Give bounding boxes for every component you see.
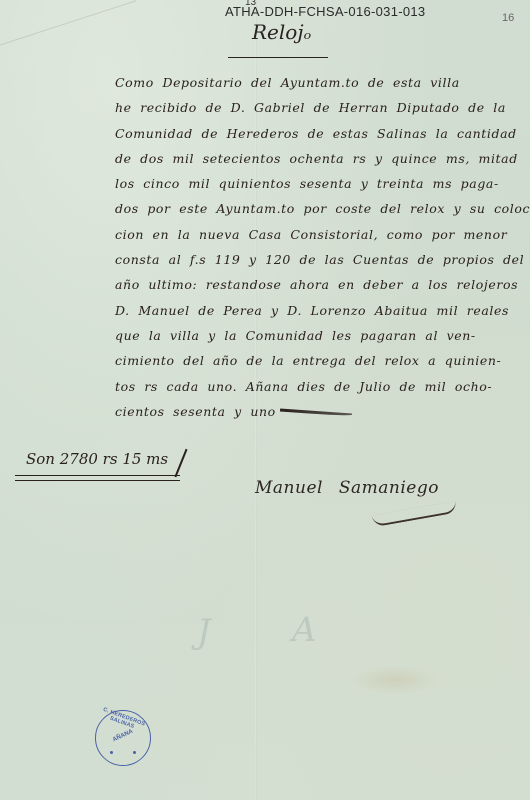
manuscript-line-final: cientos sesenta y uno (115, 399, 515, 424)
ink-flourish (280, 408, 352, 416)
manuscript-line: he recibido de D. Gabriel de Herran Dipu… (115, 95, 515, 120)
page-number: 16 (502, 12, 514, 24)
manuscript-line: cion en la nueva Casa Consistorial, como… (115, 222, 515, 247)
document-title: Relojₒ (252, 20, 311, 44)
watermark-letter: J (197, 612, 211, 652)
manuscript-line: tos rs cada uno. Añana dies de Julio de … (115, 374, 515, 399)
sum-total: Son 2780 rs 15 ms (18, 450, 191, 468)
manuscript-line: que la villa y la Comunidad les pagaran … (115, 323, 515, 348)
stamp-dot (133, 751, 136, 754)
stamp-ring-text: C. HEREDEROS SALINAS (96, 705, 151, 735)
signature-flourish (372, 501, 458, 528)
manuscript-body: Como Depositario del Ayuntam.to de esta … (115, 70, 515, 424)
watermark-letter: A (292, 610, 317, 650)
stamp-center-text: AÑANA (108, 727, 138, 745)
manuscript-line: dos por este Ayuntam.to por coste del re… (115, 196, 515, 221)
manuscript-line: cimiento del año de la entrega del relox… (115, 348, 515, 373)
paper-stain (350, 665, 440, 695)
title-underline (228, 57, 328, 58)
document-page: 13 ATHA-DDH-FCHSA-016-031-013 16 Relojₒ … (0, 0, 530, 800)
manuscript-line: D. Manuel de Perea y D. Lorenzo Abaitua … (115, 298, 515, 323)
sum-double-underline (15, 475, 180, 481)
archive-reference-code: ATHA-DDH-FCHSA-016-031-013 (225, 4, 425, 19)
manuscript-line: año ultimo: restandose ahora en deber a … (115, 272, 515, 297)
manuscript-line-text: cientos sesenta y uno (115, 404, 276, 419)
manuscript-line: de dos mil setecientos ochenta rs y quin… (115, 146, 515, 171)
manuscript-line: Como Depositario del Ayuntam.to de esta … (115, 70, 515, 95)
manuscript-line: los cinco mil quinientos sesenta y trein… (115, 171, 515, 196)
manuscript-line: consta al f.s 119 y 120 de las Cuentas d… (115, 247, 515, 272)
signature: Manuel Samaniego (255, 478, 439, 498)
manuscript-line: Comunidad de Herederos de estas Salinas … (115, 121, 515, 146)
stamp-dot (110, 751, 113, 754)
ink-stamp: C. HEREDEROS SALINAS AÑANA (95, 710, 151, 766)
paper-fold-corner (0, 0, 136, 50)
